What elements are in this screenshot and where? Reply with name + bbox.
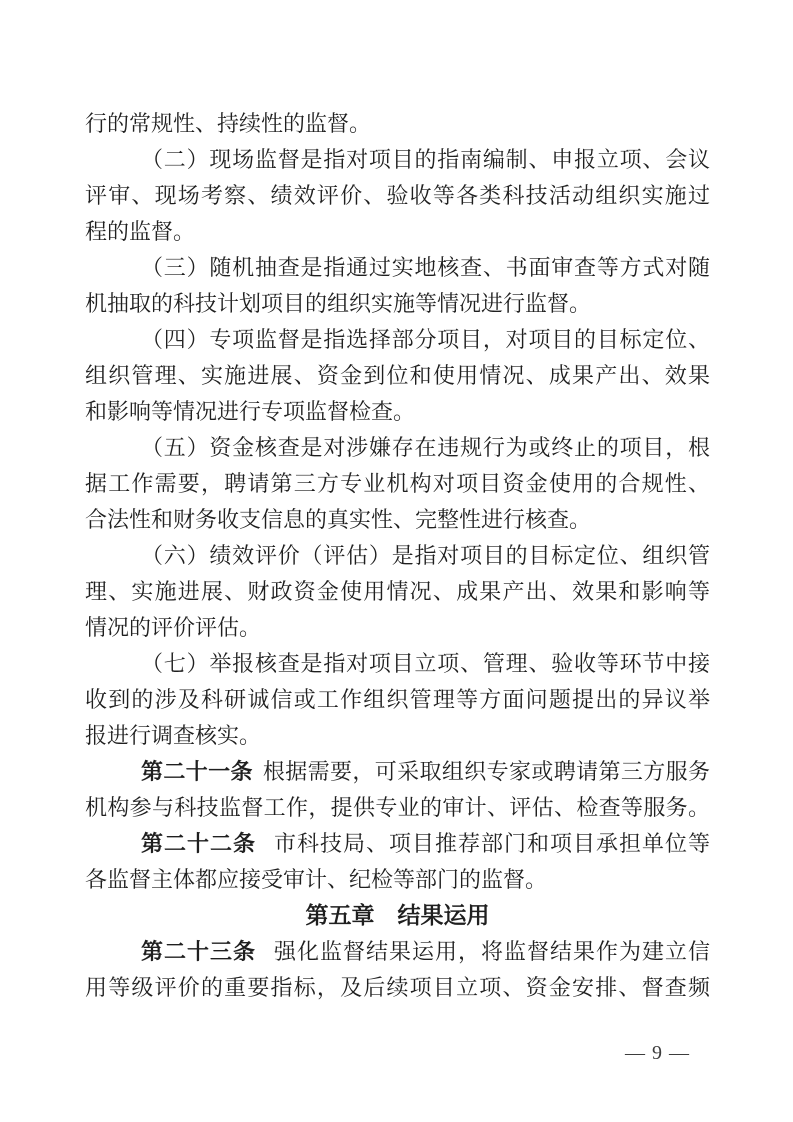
article-text: 强化监督结果运用，将监督结果作为建立信 [274,939,710,964]
text-line: 程的监督。 [85,214,710,250]
article-number: 第二十三条 [141,939,256,964]
text-line: 和影响等情况进行专项监督检查。 [85,394,710,430]
page-number: — 9 — [85,1042,690,1065]
text-line: （四）专项监督是指选择部分项目，对项目的目标定位、 [85,322,710,358]
document-body: 行的常规性、持续性的监督。 （二）现场监督是指对项目的指南编制、申报立项、会议 … [85,106,710,1006]
text-line: （二）现场监督是指对项目的指南编制、申报立项、会议 [85,142,710,178]
article-number: 第二十一条 [141,759,253,784]
text-line: 据工作需要，聘请第三方专业机构对项目资金使用的合规性、 [85,466,710,502]
text-line: 报进行调查核实。 [85,718,710,754]
text-line: （七）举报核查是指对项目立项、管理、验收等环节中接 [85,646,710,682]
article-number: 第二十二条 [141,831,256,856]
chapter-heading: 第五章 结果运用 [85,898,710,934]
text-line: 各监督主体都应接受审计、纪检等部门的监督。 [85,862,710,898]
article-line: 第二十二条市科技局、项目推荐部门和项目承担单位等 [85,826,710,862]
text-line: （六）绩效评价（评估）是指对项目的目标定位、组织管 [85,538,710,574]
text-line: 机抽取的科技计划项目的组织实施等情况进行监督。 [85,286,710,322]
article-text: 根据需要，可采取组织专家或聘请第三方服务 [263,759,710,784]
text-line: 机构参与科技监督工作，提供专业的审计、评估、检查等服务。 [85,790,710,826]
text-line: 情况的评价评估。 [85,610,710,646]
text-line: （三）随机抽查是指通过实地核查、书面审查等方式对随 [85,250,710,286]
text-line: （五）资金核查是对涉嫌存在违规行为或终止的项目，根 [85,430,710,466]
text-line: 评审、现场考察、绩效评价、验收等各类科技活动组织实施过 [85,178,710,214]
text-line: 收到的涉及科研诚信或工作组织管理等方面问题提出的异议举 [85,682,710,718]
article-line: 第二十三条强化监督结果运用，将监督结果作为建立信 [85,934,710,970]
text-line: 合法性和财务收支信息的真实性、完整性进行核查。 [85,502,710,538]
text-line: 组织管理、实施进展、资金到位和使用情况、成果产出、效果 [85,358,710,394]
article-line: 第二十一条根据需要，可采取组织专家或聘请第三方服务 [85,754,710,790]
article-text: 市科技局、项目推荐部门和项目承担单位等 [274,831,710,856]
text-line: 理、实施进展、财政资金使用情况、成果产出、效果和影响等 [85,574,710,610]
text-line: 行的常规性、持续性的监督。 [85,106,710,142]
document-page: 行的常规性、持续性的监督。 （二）现场监督是指对项目的指南编制、申报立项、会议 … [0,0,793,1122]
text-line: 用等级评价的重要指标，及后续项目立项、资金安排、督查频 [85,970,710,1006]
